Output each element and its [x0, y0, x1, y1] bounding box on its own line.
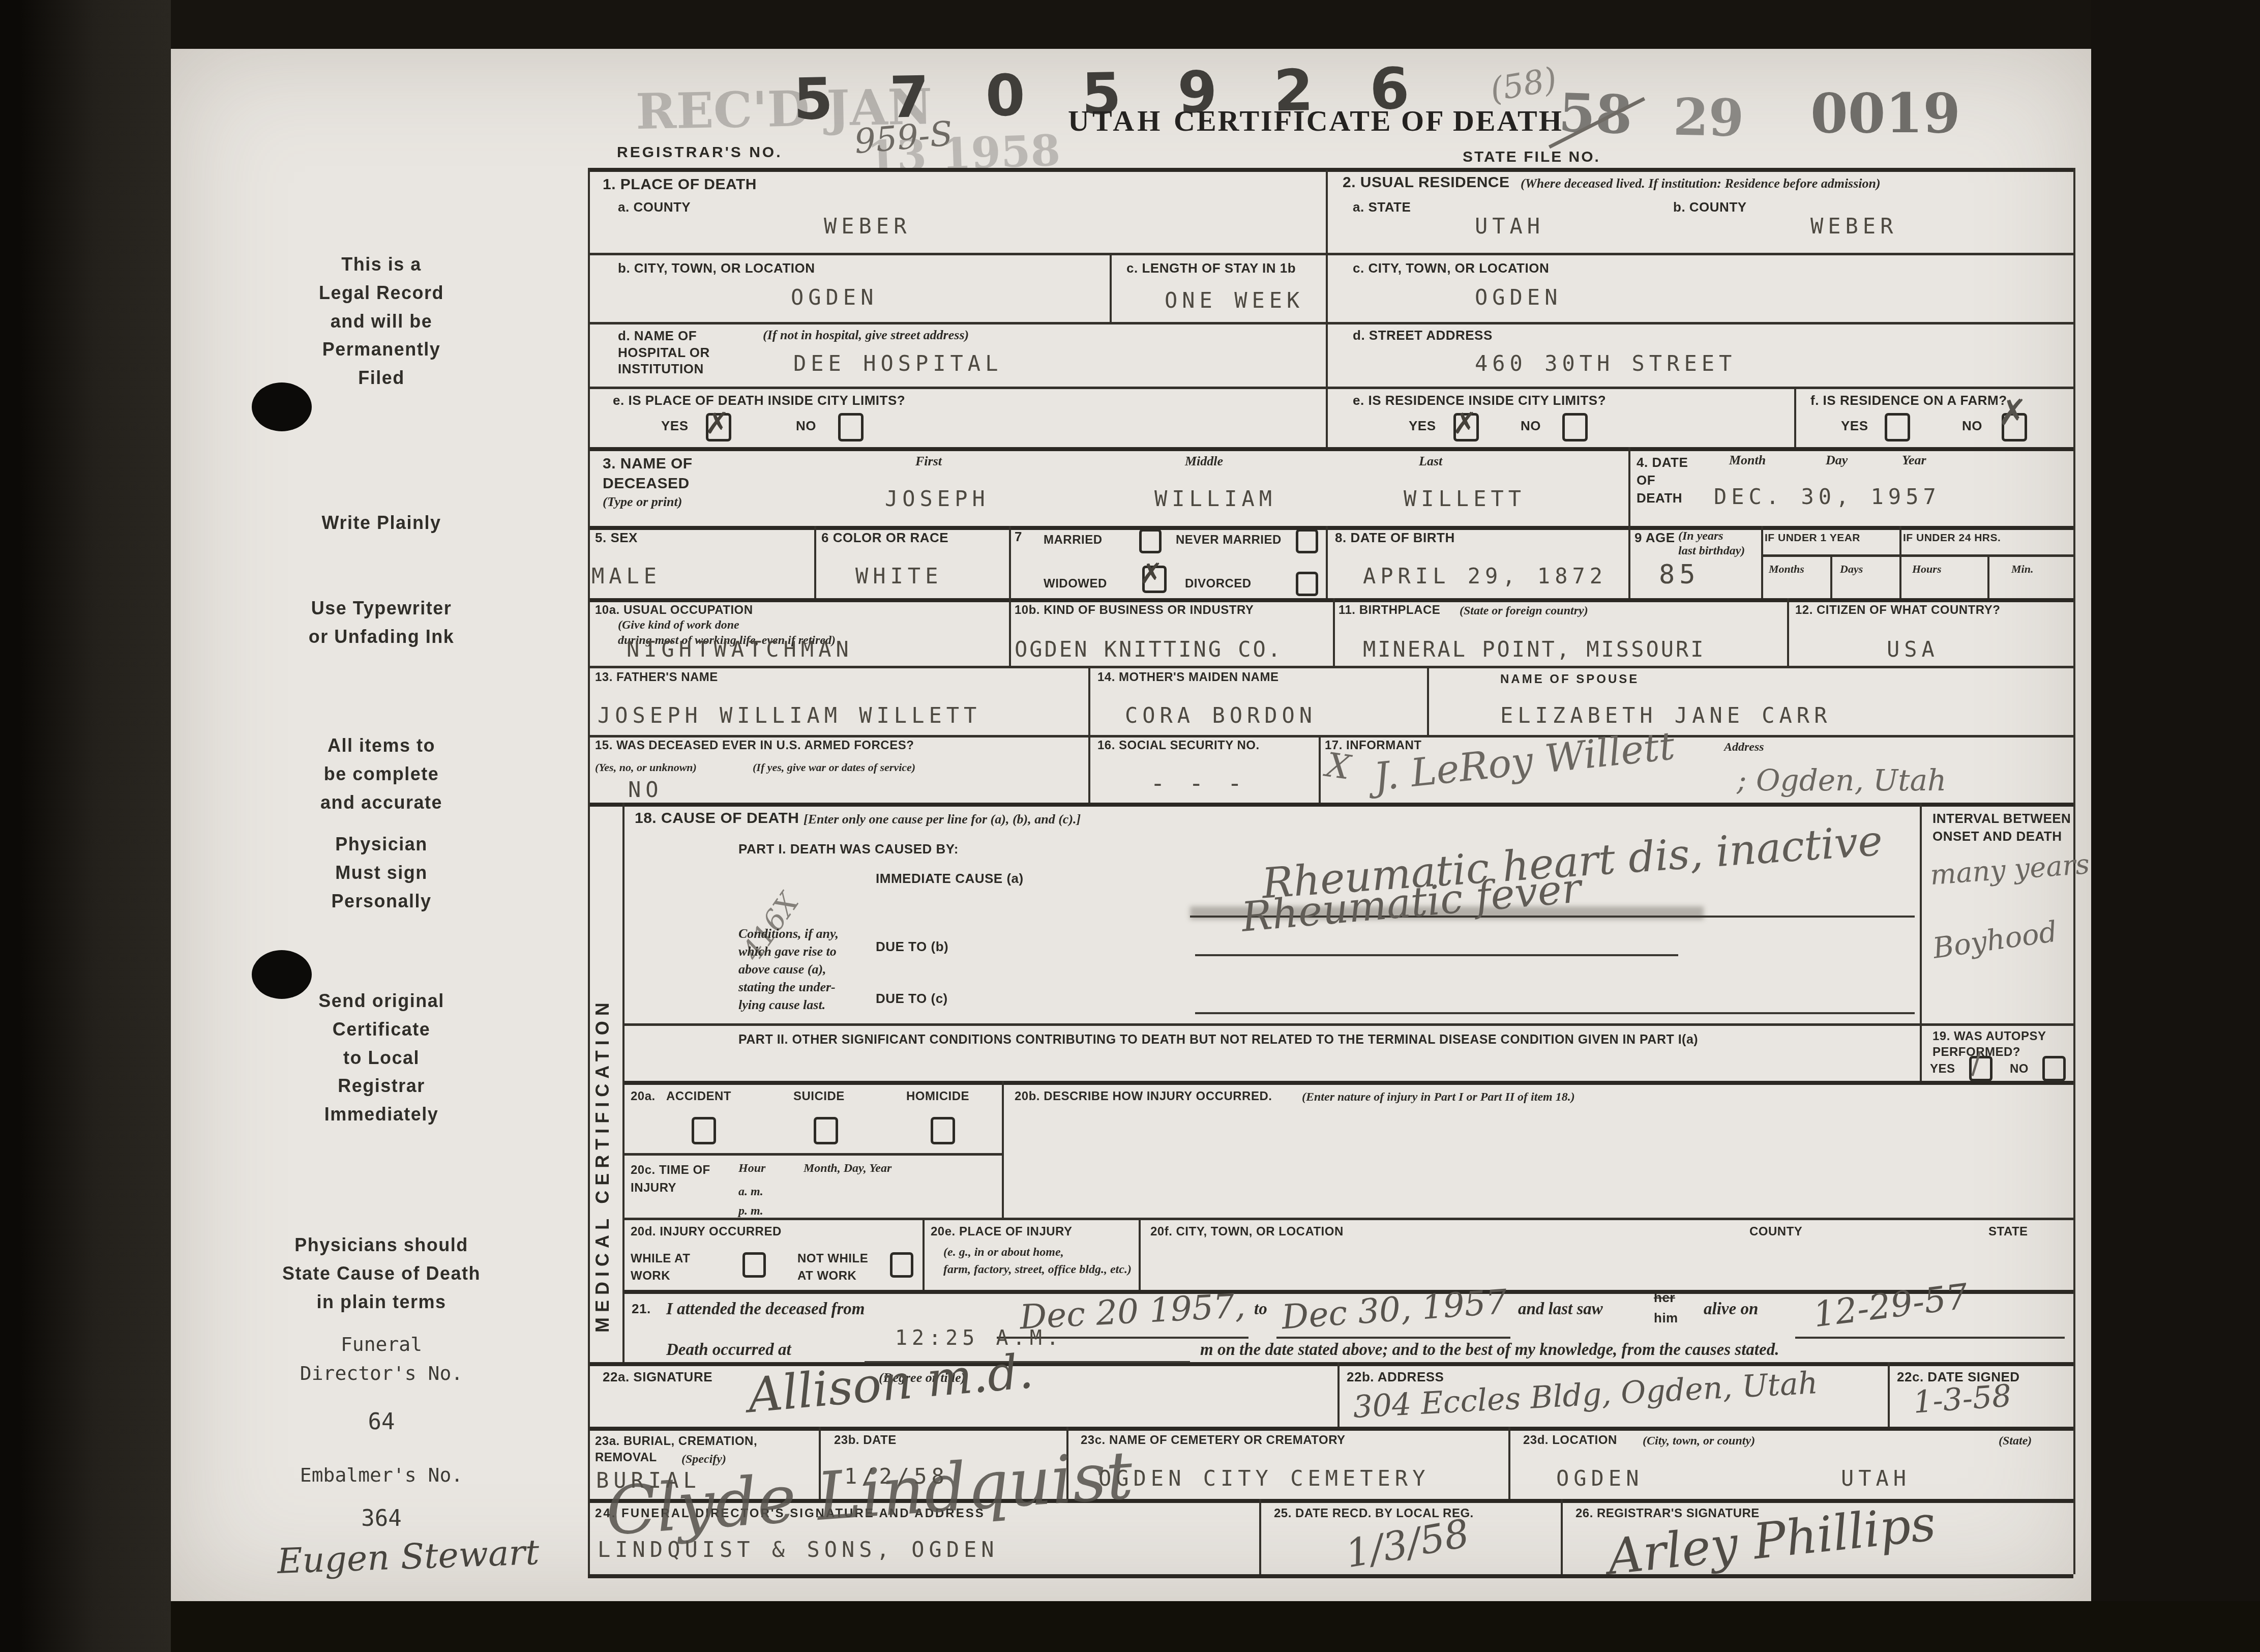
field-city-value: OGDEN	[791, 285, 878, 310]
usual-residence-title: 2. USUAL RESIDENCE	[1343, 174, 1510, 191]
title-utah: UTAH	[1068, 104, 1163, 138]
attended-number: 21.	[632, 1301, 651, 1317]
field-county-label: a. COUNTY	[618, 199, 691, 215]
burial-location-state-hint: (State)	[1999, 1434, 2032, 1448]
residence-farm-yes-checkbox	[1885, 413, 1910, 441]
form-line	[588, 253, 2073, 255]
field-length-of-stay-value: ONE WEEK	[1165, 288, 1304, 313]
father-name-label: 13. FATHER'S NAME	[595, 670, 718, 685]
form-line	[1139, 1218, 1141, 1290]
autopsy-yes-label: YES	[1930, 1062, 1955, 1076]
form-line	[588, 735, 2073, 737]
usual-residence-hint: (Where deceased lived. If institution: R…	[1521, 176, 1881, 191]
color-race-label: 6 COLOR OR RACE	[821, 530, 948, 546]
death-city-limits-no-label: NO	[796, 418, 816, 434]
occupation-value: NIGHTWATCHMAN	[627, 637, 853, 662]
injury-occurred-label: 20d. INJURY OCCURRED	[631, 1225, 782, 1239]
form-line	[622, 1023, 2073, 1026]
form-line	[588, 387, 2073, 389]
burial-label: 23a. BURIAL, CREMATION, REMOVAL	[595, 1433, 757, 1466]
citizen-value: USA	[1887, 637, 1939, 662]
name-last-header: Last	[1419, 454, 1442, 469]
form-line	[588, 168, 2073, 172]
burial-location-state-value: UTAH	[1841, 1466, 1911, 1491]
title-certificate-of-death: CERTIFICATE OF DEATH	[1174, 104, 1563, 138]
burial-date-label: 23b. DATE	[834, 1433, 897, 1448]
margin-note-write-plainly: Write Plainly	[193, 509, 570, 537]
months-header: Months	[1769, 563, 1804, 576]
scan-edge-left	[0, 0, 171, 1652]
margin-note-typewriter: Use Typewriter or Unfading Ink	[193, 594, 570, 651]
interval-label: INTERVAL BETWEEN ONSET AND DEATH	[1932, 810, 2071, 845]
date-of-death-month-header: Month	[1729, 453, 1766, 468]
state-file-stamp-29: 29	[1673, 87, 1744, 148]
occupation-label: 10a. USUAL OCCUPATION	[595, 603, 753, 617]
street-address-value: 460 30TH STREET	[1475, 351, 1736, 376]
immediate-cause-label: IMMEDIATE CAUSE (a)	[876, 871, 1024, 887]
form-line	[588, 168, 590, 1574]
form-line	[1561, 1499, 1563, 1574]
field-length-of-stay-label: c. LENGTH OF STAY IN 1b	[1126, 260, 1296, 276]
last-seen-underline	[1795, 1337, 2065, 1339]
burial-hint: (Specify)	[681, 1453, 726, 1466]
due-to-b-label: DUE TO (b)	[876, 939, 948, 955]
name-last-value: WILLETT	[1404, 486, 1526, 511]
residence-city-limits-no-label: NO	[1521, 418, 1541, 434]
widowed-mark: ✗	[1139, 557, 1163, 591]
autopsy-yes-mark: ∕	[1971, 1046, 1981, 1080]
funeral-director-no-label: Funeral Director's No.	[193, 1330, 570, 1388]
form-line	[588, 322, 2073, 324]
form-line	[1259, 1499, 1261, 1574]
mother-name-value: CORA BORDON	[1125, 703, 1317, 728]
describe-injury-label: 20b. DESCRIBE HOW INJURY OCCURRED.	[1015, 1089, 1272, 1104]
age-hint: (In years last birthday)	[1678, 529, 1745, 558]
residence-city-limits-no-checkbox	[1562, 413, 1588, 441]
field-hospital-label: d. NAME OF HOSPITAL OR INSTITUTION	[618, 328, 710, 377]
margin-note-plain-terms: Physicians should State Cause of Death i…	[183, 1231, 580, 1316]
funeral-director-no-value: 64	[193, 1409, 570, 1435]
autopsy-no-checkbox	[2042, 1056, 2066, 1081]
birthplace-hint: (State or foreign country)	[1460, 604, 1588, 618]
married-checkbox	[1139, 529, 1162, 553]
field-city-label: b. CITY, TOWN, OR LOCATION	[618, 260, 815, 276]
form-line	[1110, 253, 1112, 322]
form-line	[1920, 803, 1922, 1081]
form-line	[588, 526, 2073, 530]
residence-farm-no-label: NO	[1962, 418, 1982, 434]
residence-state-label: a. STATE	[1353, 199, 1411, 215]
form-line	[1987, 554, 1989, 598]
margin-note-legal-record: This is a Legal Record and will be Perma…	[193, 250, 570, 392]
residence-city-limits-yes-label: YES	[1409, 418, 1436, 434]
form-line	[588, 598, 2073, 602]
residence-county-label: b. COUNTY	[1673, 199, 1747, 215]
age-value: 85	[1659, 559, 1700, 590]
date-of-birth-label: 8. DATE OF BIRTH	[1335, 530, 1455, 546]
form-line	[1002, 1081, 1004, 1218]
form-line	[1628, 526, 1630, 598]
pm-label: p. m.	[738, 1204, 763, 1218]
armed-forces-hint1: (Yes, no, or unknown)	[595, 761, 697, 774]
form-line	[1009, 598, 1011, 666]
autopsy-label: 19. WAS AUTOPSY PERFORMED?	[1932, 1028, 2046, 1060]
residence-farm-yes-label: YES	[1841, 418, 1868, 434]
form-line	[1088, 666, 1090, 735]
margin-note-send-original: Send original Certificate to Local Regis…	[193, 987, 570, 1129]
citizen-label: 12. CITIZEN OF WHAT COUNTRY?	[1795, 603, 2000, 617]
spouse-label: NAME OF SPOUSE	[1500, 672, 1639, 687]
death-time-value: 12:25 A.M.	[895, 1326, 1063, 1350]
color-race-value: WHITE	[855, 564, 942, 588]
date-signed-value: 1-3-58	[1912, 1378, 2013, 1420]
name-first-header: First	[915, 454, 942, 469]
scan-edge-top	[0, 0, 2260, 49]
date-of-death-label: 4. DATE OF DEATH	[1637, 454, 1688, 507]
autopsy-no-label: NO	[2010, 1062, 2029, 1076]
while-at-work-checkbox	[742, 1252, 766, 1278]
form-line	[1888, 1362, 1890, 1427]
her-strikethrough: her	[1654, 1290, 1675, 1306]
hours-header: Hours	[1912, 563, 1941, 576]
birthplace-label: 11. BIRTHPLACE	[1339, 603, 1440, 617]
never-married-checkbox	[1296, 529, 1318, 553]
form-line	[1628, 447, 1630, 526]
form-line	[622, 1218, 2073, 1220]
date-of-birth-value: APRIL 29, 1872	[1363, 564, 1607, 588]
field-county-value: WEBER	[824, 214, 911, 239]
armed-forces-value: NO	[628, 777, 663, 802]
birthplace-value: MINERAL POINT, MISSOURI	[1363, 637, 1706, 662]
age-label: 9 AGE	[1634, 530, 1675, 546]
death-occurred-text: Death occurred at	[666, 1341, 791, 1360]
father-name-value: JOSEPH WILLIAM WILLETT	[598, 703, 981, 728]
state-file-no-label: STATE FILE NO.	[1463, 149, 1600, 166]
form-line	[588, 803, 2073, 807]
form-line	[1830, 554, 1832, 598]
death-city-limits-yes-mark: ✗	[705, 406, 730, 440]
am-label: a. m.	[738, 1185, 763, 1199]
signature-label: 22a. SIGNATURE	[603, 1369, 712, 1385]
never-married-label: NEVER MARRIED	[1176, 533, 1282, 547]
under-24-hrs-label: IF UNDER 24 HRS.	[1903, 532, 2001, 544]
attended-text-3: and last saw	[1518, 1300, 1603, 1319]
field-place-of-death-title: 1. PLACE OF DEATH	[603, 176, 757, 193]
accident-checkbox	[692, 1117, 716, 1144]
cause-b-underline	[1195, 954, 1678, 956]
cause-of-death-hint: [Enter only one cause per line for (a), …	[804, 812, 1081, 827]
suicide-label: SUICIDE	[793, 1089, 845, 1104]
form-line	[1319, 735, 1321, 803]
accident-label: ACCIDENT	[666, 1089, 731, 1104]
death-city-limits-no-checkbox	[838, 413, 864, 441]
form-line	[1761, 554, 2073, 557]
registrar-no-label: REGISTRAR'S NO.	[617, 144, 783, 161]
residence-farm-label: f. IS RESIDENCE ON A FARM?	[1810, 393, 2007, 408]
sex-value: MALE	[591, 564, 661, 588]
field-hospital-value: DEE HOSPITAL	[793, 351, 1002, 376]
cause-c-underline	[1195, 1012, 1915, 1014]
residence-city-value: OGDEN	[1475, 285, 1562, 310]
under-1-year-label: IF UNDER 1 YEAR	[1765, 532, 1860, 544]
attended-text-1: I attended the deceased from	[666, 1300, 865, 1319]
min-header: Min.	[2011, 563, 2033, 576]
death-city-limits-yes-label: YES	[661, 418, 689, 434]
married-label: MARRIED	[1044, 533, 1103, 547]
form-line	[622, 1081, 2073, 1085]
field-hospital-hint: (If not in hospital, give street address…	[763, 328, 969, 343]
state-file-stamp-0019: 0019	[1810, 81, 1960, 145]
scan-edge-right	[2091, 0, 2260, 1652]
form-line	[1787, 598, 1789, 666]
divorced-label: DIVORCED	[1185, 577, 1252, 591]
name-middle-value: WILLIAM	[1154, 486, 1276, 511]
conditions-note: Conditions, if any, which gave rise to a…	[738, 925, 839, 1014]
form-line	[622, 803, 625, 1362]
ssn-value: - - -	[1150, 769, 1247, 798]
name-of-deceased-hint: (Type or print)	[603, 494, 682, 510]
describe-injury-hint: (Enter nature of injury in Part I or Par…	[1302, 1090, 1575, 1104]
burial-location-hint: (City, town, or county)	[1643, 1434, 1755, 1448]
form-line	[1794, 387, 1796, 447]
date-of-death-year-header: Year	[1902, 453, 1926, 468]
burial-location-label: 23d. LOCATION	[1523, 1433, 1617, 1448]
form-line	[622, 1153, 1002, 1156]
form-line	[1337, 1362, 1340, 1427]
residence-state-value: UTAH	[1475, 214, 1544, 239]
form-line	[588, 1574, 2073, 1578]
injury-state-label: STATE	[1988, 1225, 2028, 1239]
form-line	[1761, 526, 1763, 598]
attended-text-4: alive on	[1704, 1300, 1758, 1319]
form-line	[588, 1427, 2073, 1431]
name-first-value: JOSEPH	[885, 486, 990, 511]
form-line	[1427, 666, 1429, 735]
margin-note-complete: All items to be complete and accurate	[193, 731, 570, 816]
residence-city-label: c. CITY, TOWN, OR LOCATION	[1353, 260, 1549, 276]
while-at-work-label: WHILE AT WORK	[631, 1250, 690, 1284]
residence-farm-no-mark: ✗	[1998, 392, 2028, 433]
street-address-label: d. STREET ADDRESS	[1353, 328, 1493, 343]
death-occurred-text-2: m on the date stated above; and to the b…	[1200, 1341, 1779, 1360]
field-death-city-limits-label: e. IS PLACE OF DEATH INSIDE CITY LIMITS?	[613, 393, 905, 408]
scan-edge-bottom	[0, 1601, 2260, 1652]
form-line	[588, 666, 2073, 668]
not-while-at-work-label: NOT WHILE AT WORK	[797, 1250, 868, 1284]
date-of-death-day-header: Day	[1826, 453, 1848, 468]
informant-address-label: Address	[1724, 741, 1764, 754]
injury-city-label: 20f. CITY, TOWN, OR LOCATION	[1150, 1225, 1344, 1239]
embalmer-no-value: 364	[193, 1506, 570, 1531]
form-line	[814, 526, 816, 598]
place-of-injury-label: 20e. PLACE OF INJURY	[931, 1225, 1073, 1239]
attended-text-2: to	[1254, 1300, 1267, 1319]
him-label: him	[1654, 1310, 1678, 1326]
industry-value: OGDEN KNITTING CO.	[1015, 637, 1283, 662]
cemetery-value: OGDEN CITY CEMETERY	[1098, 1466, 1430, 1491]
mother-name-label: 14. MOTHER'S MAIDEN NAME	[1097, 670, 1278, 685]
days-header: Days	[1840, 563, 1863, 576]
form-line	[1333, 598, 1335, 666]
suicide-checkbox	[814, 1117, 838, 1144]
name-of-deceased-label: 3. NAME OF DECEASED	[603, 454, 693, 493]
widowed-label: WIDOWED	[1044, 577, 1107, 591]
residence-city-limits-yes-mark: ✗	[1452, 406, 1477, 440]
form-line	[1088, 735, 1090, 803]
marital-number: 7	[1015, 529, 1022, 545]
form-line	[1009, 526, 1011, 598]
cause-of-death-title: 18. CAUSE OF DEATH	[635, 810, 799, 827]
sex-label: 5. SEX	[595, 530, 638, 546]
scanned-death-certificate: This is a Legal Record and will be Perma…	[0, 0, 2260, 1652]
residence-county-value: WEBER	[1810, 214, 1897, 239]
residence-city-limits-label: e. IS RESIDENCE INSIDE CITY LIMITS?	[1353, 393, 1606, 408]
part2-label: PART II. OTHER SIGNIFICANT CONDITIONS CO…	[738, 1032, 1698, 1047]
form-line	[1326, 526, 1328, 598]
industry-label: 10b. KIND OF BUSINESS OR INDUSTRY	[1015, 603, 1254, 617]
form-line	[1508, 1427, 1510, 1499]
not-while-at-work-checkbox	[890, 1252, 913, 1278]
margin-note-physician-sign: Physician Must sign Personally	[193, 830, 570, 915]
embalmer-no-label: Embalmer's No.	[193, 1464, 570, 1486]
homicide-label: HOMICIDE	[906, 1089, 969, 1104]
medical-certification-sidebar: MEDICAL CERTIFICATION	[592, 834, 613, 1333]
armed-forces-hint2: (If yes, give war or dates of service)	[753, 761, 915, 774]
attended-to-underline	[1276, 1337, 1510, 1339]
accident-section-number: 20a.	[631, 1089, 656, 1104]
form-line	[1326, 170, 1328, 447]
homicide-checkbox	[931, 1117, 955, 1144]
form-line	[923, 1218, 925, 1290]
place-of-injury-hint: (e. g., in or about home, farm, factory,…	[943, 1244, 1132, 1278]
injury-county-label: COUNTY	[1749, 1225, 1802, 1239]
physician-address-label: 22b. ADDRESS	[1347, 1369, 1444, 1385]
hour-header: Hour	[738, 1162, 765, 1175]
ssn-label: 16. SOCIAL SECURITY NO.	[1097, 739, 1260, 753]
date-of-death-value: DEC. 30, 1957	[1714, 484, 1941, 509]
part1-label: PART I. DEATH WAS CAUSED BY:	[738, 841, 959, 857]
form-line	[588, 447, 2073, 451]
time-of-injury-label: 20c. TIME OF INJURY	[631, 1162, 710, 1197]
informant-address-value: ; Ogden, Utah	[1737, 763, 1946, 798]
form-line	[1899, 526, 1901, 598]
burial-location-city-value: OGDEN	[1556, 1466, 1643, 1491]
armed-forces-label: 15. WAS DECEASED EVER IN U.S. ARMED FORC…	[595, 739, 914, 753]
divorced-checkbox	[1296, 572, 1318, 596]
name-middle-header: Middle	[1185, 454, 1223, 469]
month-day-year-header: Month, Day, Year	[804, 1162, 891, 1175]
due-to-c-label: DUE TO (c)	[876, 991, 948, 1007]
